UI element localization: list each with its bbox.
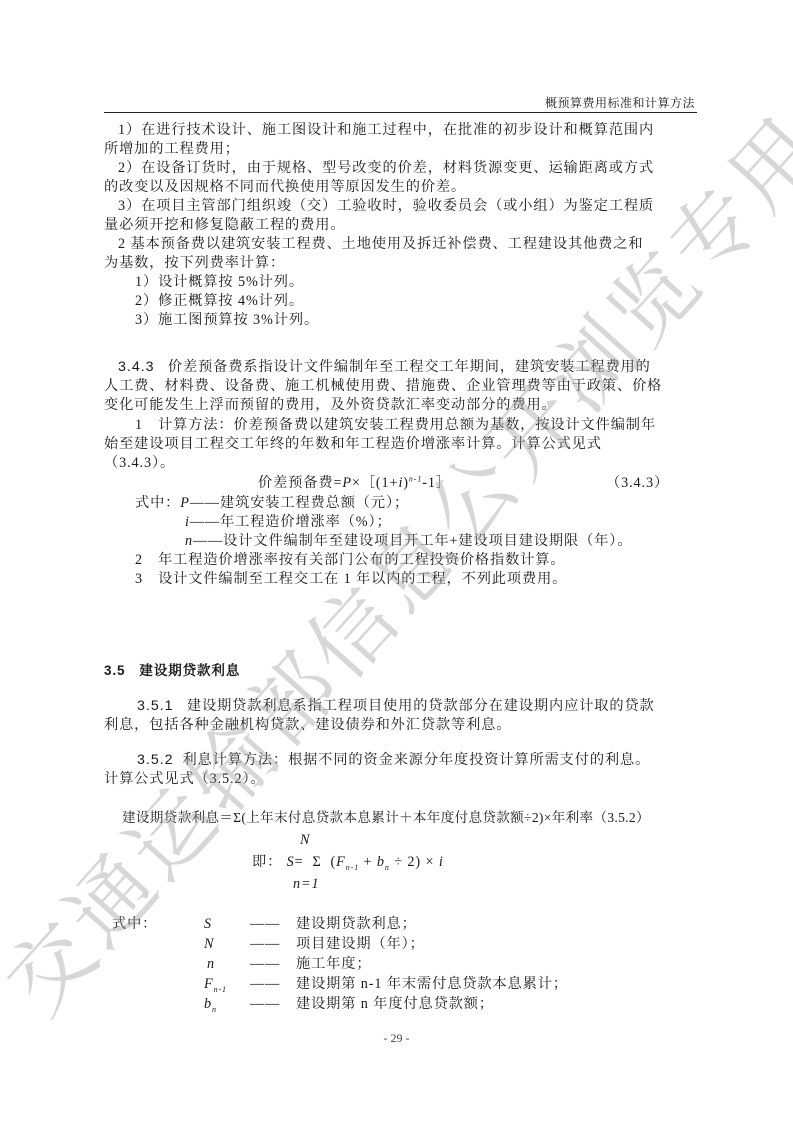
section-number: 3.4.3 [118,359,155,375]
calc-method-line-1: 1 计算方法：价差预备费以建筑安装工程费用总额为基数，按设计文件编制年 [135,415,656,435]
formula-exponent: n-1 [409,474,422,483]
var-symbol: n [185,533,193,549]
var-subscript: n [212,1005,217,1014]
formula-op: ×［(1+ [352,475,399,491]
item-1-line-2: 所增加的工程费用； [104,139,240,159]
section-3-5-1-line-1: 3.5.1 建设期贷款利息系指工程项目使用的贷款部分在建设期内应计取的贷款 [137,696,655,716]
var-desc-s: 建设期贷款利息； [296,914,417,934]
var-desc-f: 建设期第 n-1 年末需付息贷款本息累计； [296,974,568,994]
formula-prefix: 即： [252,854,282,870]
item-2-line-2: 的改变以及因规格不同而代换使用等原因发生的价差。 [104,177,466,197]
var-desc: ——建筑安装工程费总额（元）； [190,495,409,511]
var-symbol: P [180,495,190,511]
formula-op: = [295,854,304,870]
var-desc: ——设计文件编制年至建设项目开工年+建设项目建设期限（年）。 [193,533,632,549]
section-3-5-2-line-1: 3.5.2 利息计算方法：根据不同的资金来源分年度投资计算所需支付的利息。 [137,750,650,770]
where-label: 式中： [112,914,157,934]
section-number: 3.5.2 [137,752,174,768]
item-3-line-1: 3）在项目主管部门组织竣（交）工验收时，验收委员会（或小组）为鉴定工程质 [118,196,654,216]
sum-upper-limit: N [300,830,310,850]
formula-3-4-3: 价差预备费=P×［(1+i)n-1-1］ [258,473,451,493]
header-title: 概预算费用标准和计算方法 [545,94,695,111]
var-desc: ——年工程造价增涨率（%）； [190,514,392,530]
formula-3-5-2-text: 建设期贷款利息＝Σ(上年末付息贷款本息累计＋本年度付息贷款额÷2)×年利率（3.… [122,808,650,828]
var-subscript: n-1 [214,985,227,994]
var-symbol-f: Fn-1 [204,974,227,994]
formula-var-f: F [336,854,346,870]
item-1-line-1: 1）在进行技术设计、施工图设计和施工过程中，在批准的初步设计和概算范围内 [118,120,654,140]
var-dash: —— [250,914,280,934]
where-label: 式中： [135,495,180,511]
formula-op: ÷ 2) × [390,854,439,870]
formula-subscript: n-1 [346,863,359,872]
para-2-line-2: 为基数，按下列费率计算： [104,253,285,273]
var-dash: —— [250,934,280,954]
section-3-4-3-line-1: 3.4.3 价差预备费系指设计文件编制年至工程交工年期间，建筑安装工程费用的 [118,357,651,377]
formula-var-p: P [342,475,352,491]
rate-revised-estimate: 2）修正概算按 4%计列。 [135,291,304,311]
formula-tail: -1］ [422,475,451,491]
section-3-4-3-line-3: 变化可能发生上浮而预留的费用，及外资贷款汇率变动部分的费用。 [104,395,557,415]
page-number: - 29 - [0,1031,793,1046]
section-number: 3.5 [104,663,125,678]
item-2-line-1: 2）在设备订货时，由于规格、型号改变的价差，材料货源变更、运输距离或方式 [118,158,654,178]
var-dash: —— [250,954,280,974]
calc-method-line-3: （3.4.3）。 [104,453,175,473]
formula-3-5-2-sum: 即： S= Σ (Fn-1 + bn ÷ 2) × i [252,852,444,872]
where-i: i——年工程造价增涨率（%）； [185,512,392,532]
var-symbol-s: S [204,914,212,934]
formula-label-3-4-3: （3.4.3） [606,473,669,493]
sigma-symbol: Σ [312,854,321,870]
section-3-5-heading: 3.5 建设期贷款利息 [104,661,240,681]
running-header: 概预算费用标准和计算方法 [104,92,697,113]
section-text: 建设期贷款利息系指工程项目使用的贷款部分在建设期内应计取的贷款 [187,698,655,714]
var-symbol-n-upper: N [204,934,214,954]
document-page: 概预算费用标准和计算方法 1）在进行技术设计、施工图设计和施工过程中，在批准的初… [0,0,793,1122]
item-3-line-2: 量必须开挖和修复隐蔽工程的费用。 [104,215,345,235]
section-3-5-1-line-2: 利息，包括各种金融机构贷款、建设债券和外汇贷款等利息。 [104,715,511,735]
note-3: 3 设计文件编制至工程交工在 1 年以内的工程，不列此项费用。 [135,569,567,589]
formula-var-s: S [287,854,295,870]
section-3-5-2-line-2: 计算公式见式（3.5.2）。 [104,769,266,789]
section-number: 3.5.1 [137,698,174,714]
var-symbol: F [204,976,214,992]
formula-var-b: b [377,854,385,870]
section-3-4-3-line-2: 人工费、材料费、设备费、施工机械使用费、措施费、企业管理费等由于政策、价格 [104,376,662,396]
section-text: 利息计算方法：根据不同的资金来源分年度投资计算所需支付的利息。 [182,752,650,768]
formula-op: + [359,854,377,870]
var-symbol-n-lower: n [207,954,215,974]
note-2: 2 年工程造价增涨率按有关部门公布的工程投资价格指数计算。 [135,550,565,570]
var-desc-n-upper: 项目建设期（年）； [296,934,425,954]
section-title: 建设期贷款利息 [139,663,240,678]
where-n: n——设计文件编制年至建设项目开工年+建设项目建设期限（年）。 [185,531,632,551]
rate-design-estimate: 1）设计概算按 5%计列。 [135,272,304,292]
var-dash: —— [250,974,280,994]
var-desc-b: 建设期第 n 年度付息贷款额； [296,994,494,1014]
calc-method-line-2: 始至建设项目工程交工年终的年数和年工程造价增涨率计算。计算公式见式 [104,434,602,454]
section-text: 价差预备费系指设计文件编制年至工程交工年期间，建筑安装工程费用的 [168,359,651,375]
rate-construction-budget: 3）施工图预算按 3%计列。 [135,310,319,330]
var-symbol: b [204,996,212,1012]
para-2-line-1: 2 基本预备费以建筑安装工程费、土地使用及拆迁补偿费、工程建设其他费之和 [118,234,643,254]
var-symbol-b: bn [204,994,217,1014]
sum-lower-limit: n=1 [293,874,319,894]
where-p: 式中：P——建筑安装工程费总额（元）； [135,493,409,513]
formula-lhs: 价差预备费= [258,475,342,491]
var-desc-n-lower: 施工年度； [296,954,371,974]
var-dash: —— [250,994,280,1014]
formula-var-i: i [439,854,444,870]
